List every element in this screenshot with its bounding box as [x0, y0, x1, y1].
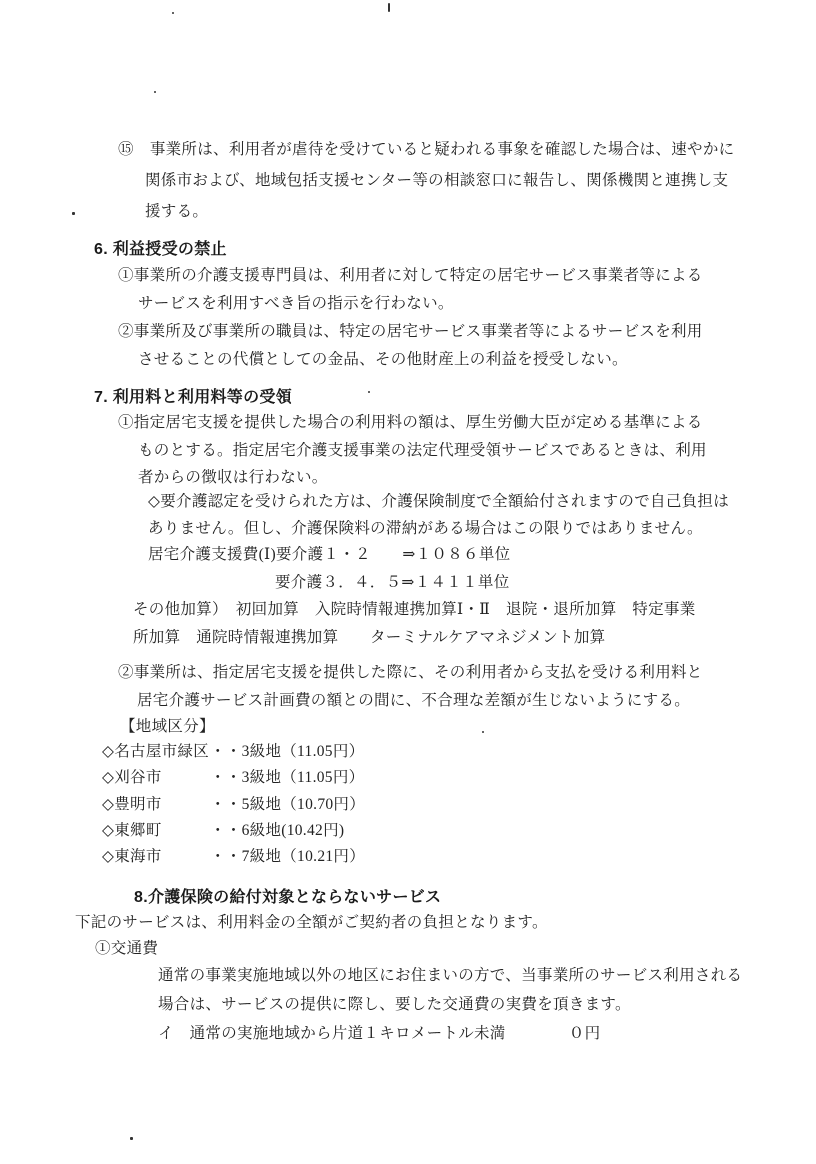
s8-item1-line2: 場合は、サービスの提供に際し、要した交通費の実費を頂きます。 [158, 995, 631, 1015]
s7-clause2-line1: ②事業所は、指定居宅支援を提供した際に、その利用者から支払を受ける利用料と [118, 663, 703, 683]
s7-addition-line1: その他加算） 初回加算 入院時情報連携加算Ⅰ・Ⅱ 退院・退所加算 特定事業 [133, 600, 696, 620]
regional-division-heading: 【地域区分】 [120, 717, 215, 737]
region-grade: ・・5級地（10.70円） [210, 796, 365, 813]
s7-clause2-line2: 居宅介護サービス計画費の額との間に、不合理な差額が生じないようにする。 [137, 691, 690, 711]
region-name: ◇東海市 [102, 847, 210, 867]
region-grade: ・・3級地（11.05円） [210, 769, 364, 786]
region-row: ◇豊明市・・5級地（10.70円） [102, 795, 365, 815]
region-row: ◇名古屋市緑区・・3級地（11.05円） [102, 742, 364, 762]
scan-speck [482, 731, 484, 733]
s7-note-line2: ありません。但し、介護保険料の滞納がある場合はこの限りではありません。 [148, 519, 703, 539]
scan-speck [368, 391, 370, 393]
s6-clause2-line1: ②事業所及び事業所の職員は、特定の居宅サービス事業者等によるサービスを利用 [118, 322, 703, 342]
region-row: ◇刈谷市・・3級地（11.05円） [102, 768, 364, 788]
region-name: ◇豊明市 [102, 795, 210, 815]
region-grade: ・・6級地(10.42円) [210, 822, 344, 839]
section-6-heading: 6. 利益授受の禁止 [94, 240, 227, 260]
s7-addition-line2: 所加算 通院時情報連携加算 ターミナルケアマネジメント加算 [133, 628, 605, 648]
region-name: ◇名古屋市緑区 [102, 742, 210, 762]
s7-clause1-line3: 者からの徴収は行わない。 [138, 468, 328, 488]
item15-marker: ⑮ [118, 141, 134, 158]
s6-clause1-line1: ①事業所の介護支援専門員は、利用者に対して特定の居宅サービス事業者等による [118, 266, 703, 286]
region-name: ◇東郷町 [102, 821, 210, 841]
item15-line-2: 関係市および、地域包括支援センター等の相談窓口に報告し、関係機関と連携し支 [145, 171, 728, 191]
s8-fare-line: イ 通常の実施地域から片道１キロメートル未満 ０円 [158, 1024, 600, 1044]
s7-clause1-line1: ①指定居宅支援を提供した場合の利用料の額は、厚生労働大臣が定める基準による [118, 413, 703, 433]
scan-speck [72, 212, 75, 215]
scan-speck [130, 1137, 133, 1140]
s6-clause2-line2: させることの代償としての金品、その他財産上の利益を授受しない。 [138, 350, 628, 370]
s8-item1-label: ①交通費 [95, 939, 158, 959]
s8-item1-line1: 通常の事業実施地域以外の地区にお住まいの方で、当事業所のサービス利用される [158, 966, 742, 986]
region-row: ◇東海市・・7級地（10.21円） [102, 847, 365, 867]
s7-clause1-line2: ものとする。指定居宅介護支援事業の法定代理受領サービスであるときは、利用 [138, 441, 707, 461]
item15-line-1: ⑮事業所は、利用者が虐待を受けていると疑われる事象を確認した場合は、速やかに [118, 140, 734, 160]
region-grade: ・・3級地（11.05円） [210, 743, 364, 760]
region-name: ◇刈谷市 [102, 768, 210, 788]
scan-speck [388, 3, 390, 12]
scan-speck [154, 91, 156, 93]
region-row: ◇東郷町・・6級地(10.42円) [102, 821, 344, 841]
item15-text: 事業所は、利用者が虐待を受けていると疑われる事象を確認した場合は、速やかに [134, 141, 735, 158]
scanned-document-page: ⑮事業所は、利用者が虐待を受けていると疑われる事象を確認した場合は、速やかに 関… [0, 0, 816, 1164]
s7-note-line1: ◇要介護認定を受けられた方は、介護保険制度で全額給付されますので自己負担は [148, 492, 729, 512]
s6-clause1-line2: サービスを利用すべき旨の指示を行わない。 [138, 294, 454, 314]
section-7-heading: 7. 利用料と利用料等の受領 [94, 388, 292, 408]
section-8-heading: 8.介護保険の給付対象とならないサービス [134, 888, 441, 908]
s7-fee-line2: 要介護３．４．５⇒１４１１単位 [275, 573, 510, 593]
scan-speck [172, 12, 174, 14]
s8-intro: 下記のサービスは、利用料金の全額がご契約者の負担となります。 [75, 913, 548, 933]
item15-line-3: 援する。 [145, 202, 208, 222]
s7-fee-line1: 居宅介護支援費(Ⅰ)要介護１・２ ⇒１０８６単位 [148, 545, 510, 565]
region-grade: ・・7級地（10.21円） [210, 848, 365, 865]
